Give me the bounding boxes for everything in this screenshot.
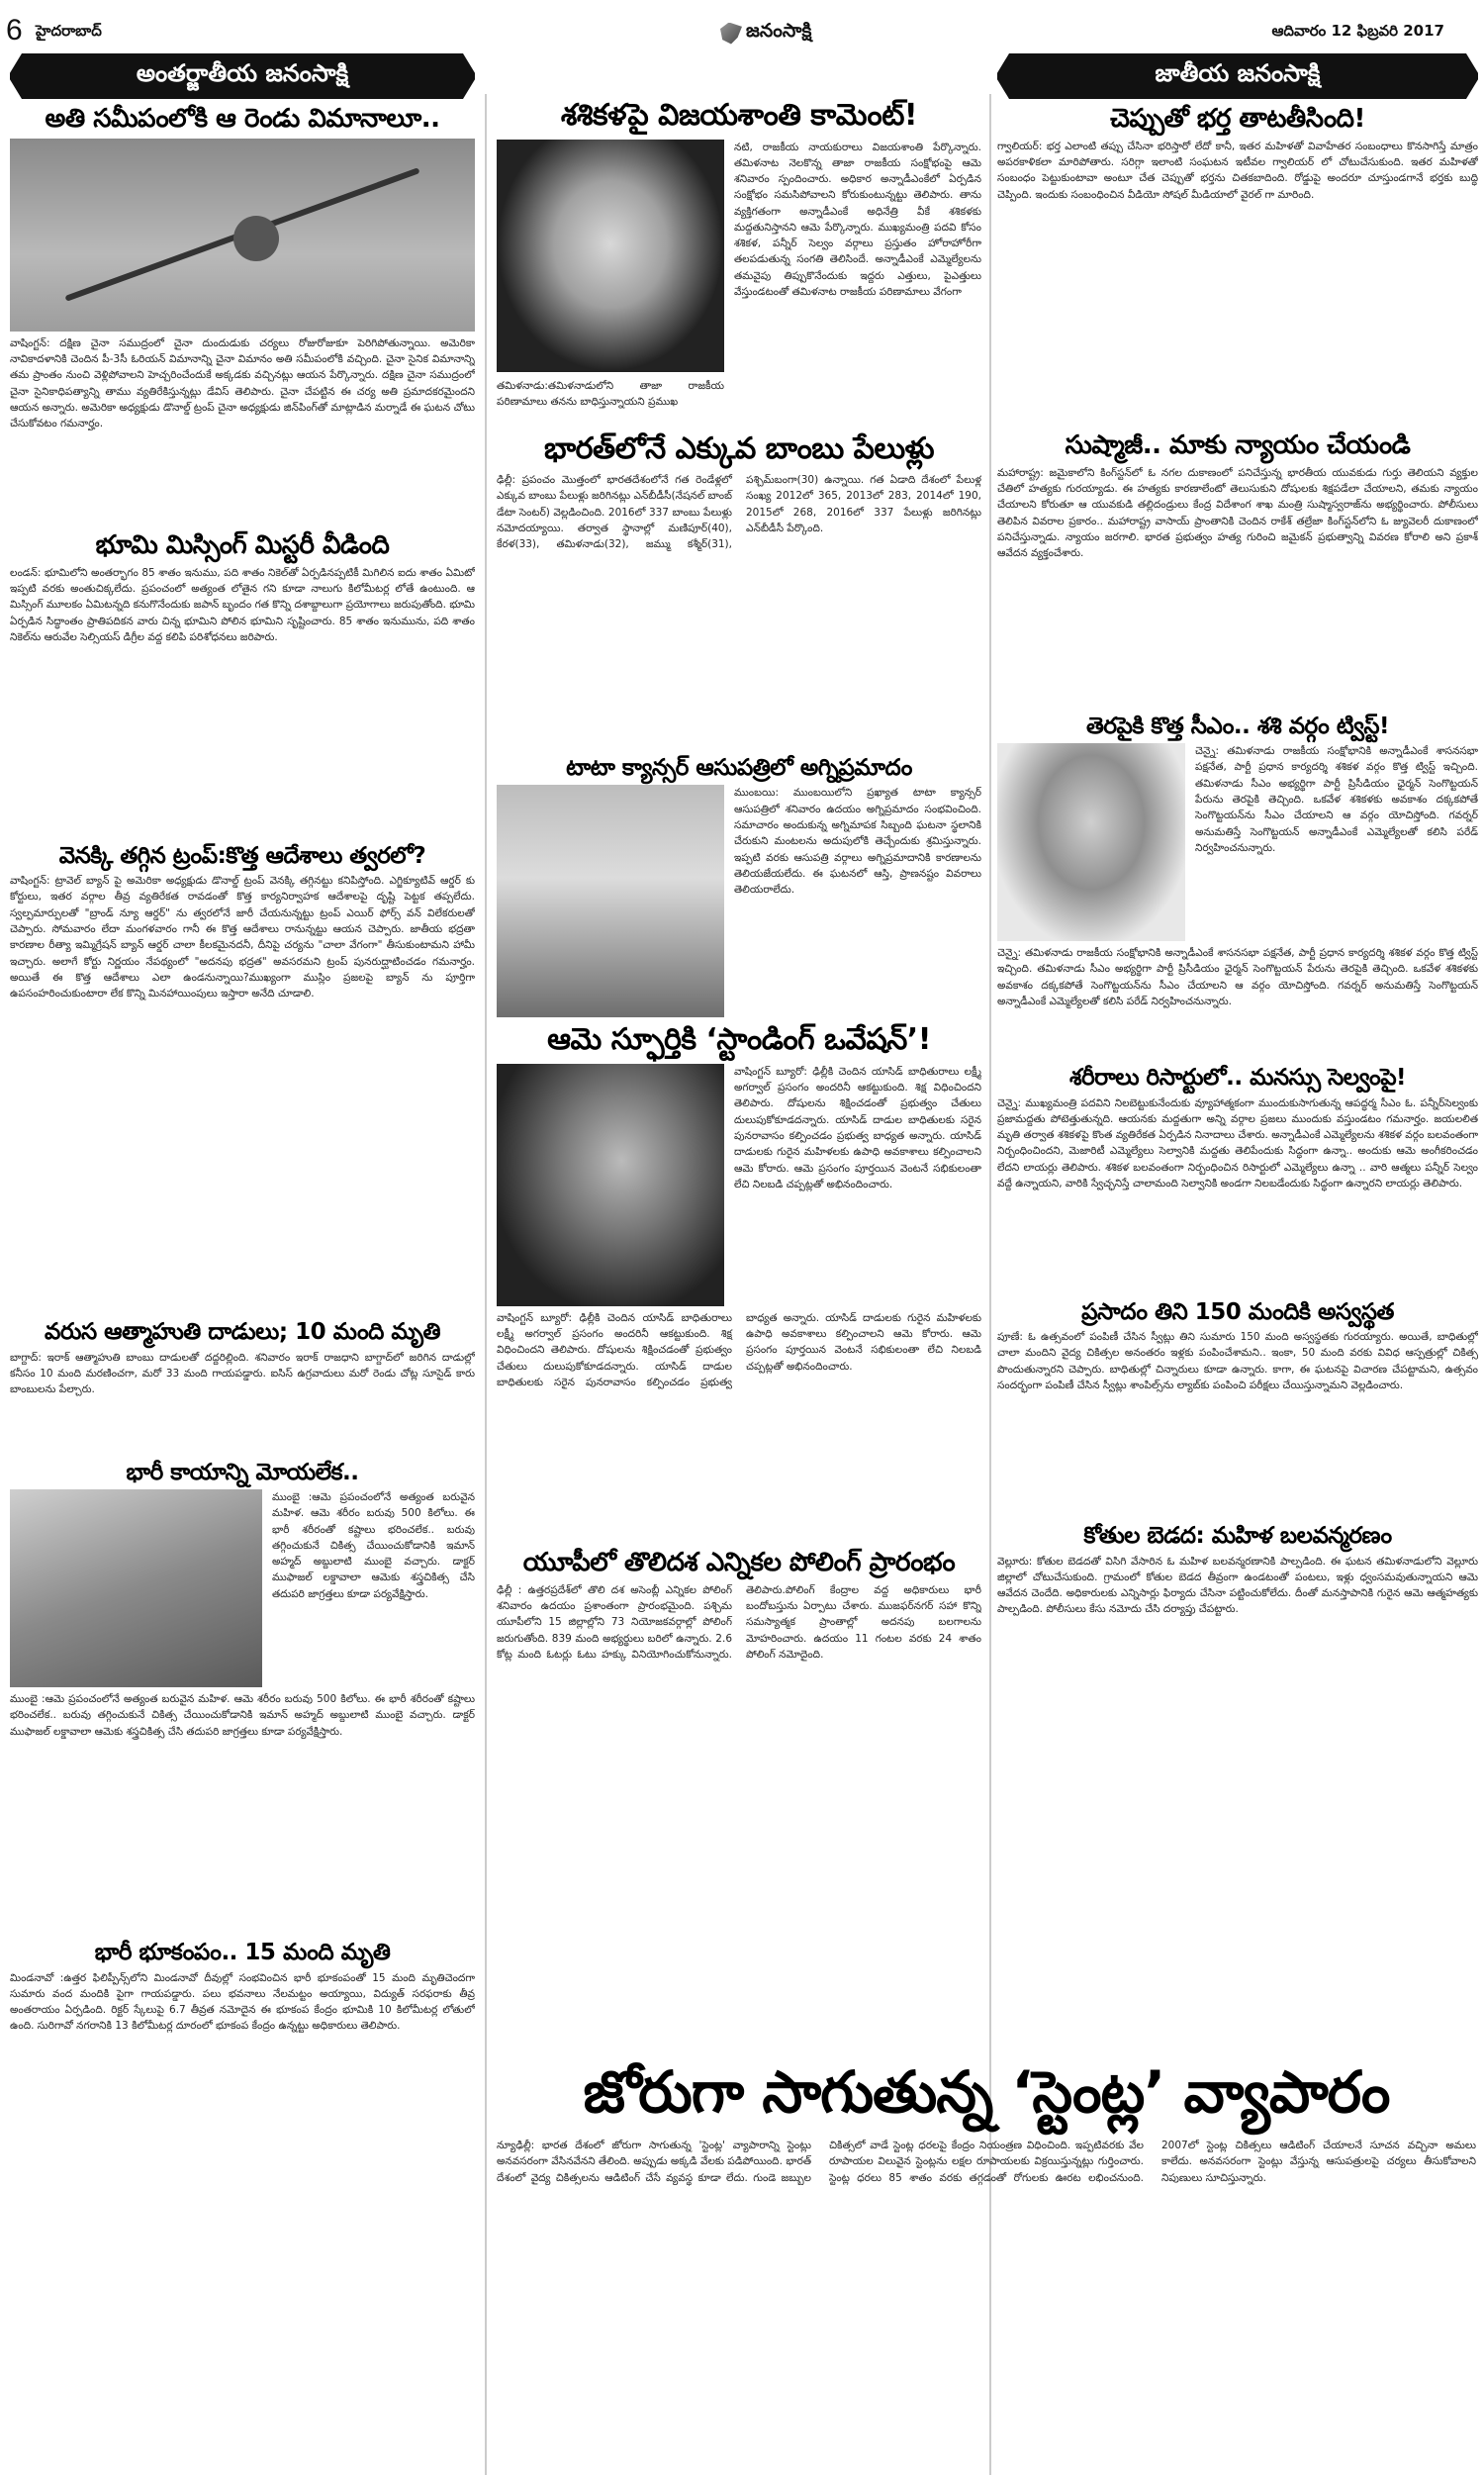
headline: చెప్పుతో భర్త తాటతీసింది! xyxy=(997,105,1478,135)
aircraft-photo xyxy=(10,139,475,332)
article-eman: భారీ కాయాన్ని మోయలేక.. ముంబై :ఆమె ప్రపంచ… xyxy=(10,1460,475,1934)
article-body: పూణే: ఓ ఉత్సవంలో పంపిణీ చేసిన స్వీట్లు త… xyxy=(997,1329,1478,1517)
edition-city: హైదరాబాద్ xyxy=(36,22,102,44)
headline: టాటా క్యాన్సర్ ఆసుపత్రిలో అగ్నిప్రమాదం xyxy=(497,755,981,781)
article-body: వాషింగ్టన్: ట్రావెల్ బ్యాన్ పై అమెరికా అ… xyxy=(10,873,475,1313)
article-body-continued: వాషింగ్టన్ బ్యూరో: ఢిల్లీకి చెందిన యాసిడ… xyxy=(497,1310,981,1543)
article-earthquake: భారీ భూకంపం.. 15 మంది మృతి మిండనావో :ఉత్… xyxy=(10,1940,475,2035)
speaker-photo xyxy=(497,1064,724,1306)
article-body: ఢిల్లీ : ఉత్తరప్రదేశ్‌లో తొలి దశ అసెంబ్ల… xyxy=(497,1582,981,1731)
article-up-polling: యూపీలో తొలిదశ ఎన్నికల పోలింగ్ ప్రారంభం ఢ… xyxy=(497,1549,981,1731)
article-body-continued: చెన్నై: తమిళనాడు రాజకీయ సంక్షోభానికి అన్… xyxy=(997,945,1478,1059)
article-body: ఢిల్లీ: ప్రపంచం మొత్తంలో భారతదేశంలోనే గత… xyxy=(497,472,981,749)
article-earth-mystery: భూమి మిస్సింగ్ మిస్టరీ వీడింది లండన్: భూ… xyxy=(10,531,475,837)
article-body: వాషింగ్టన్ బ్యూరో: ఢిల్లీకి చెందిన యాసిడ… xyxy=(734,1064,981,1306)
article-body: గ్వాలియర్: భర్త ఎలాంటి తప్పు చేసినా భరిస… xyxy=(997,139,1478,426)
article-body: బాగ్దాద్: ఇరాక్ ఆత్మాహుతి బాంబు దాడులతో … xyxy=(10,1350,475,1454)
headline: అతి సమీపంలోకి ఆ రెండు విమానాలూ.. xyxy=(10,105,475,135)
article-body: మహారాష్ట్ర: జమైకాలోని కింగ్‌స్టన్‌లో ఓ న… xyxy=(997,465,1478,708)
article-body: ముంబై :ఆమె ప్రపంచంలోనే అత్యంత బరువైన మహి… xyxy=(272,1489,475,1687)
politician-photo xyxy=(997,743,1185,941)
article-body: చెన్నై: ముఖ్యమంత్రి పదవిని నిలబెట్టుకునే… xyxy=(997,1095,1478,1293)
headline: తెరపైకి కొత్త సీఎం.. శశి వర్గం ట్విస్ట్! xyxy=(997,714,1478,739)
article-body: వెల్లూరు: కోతుల బెడదతో విసిగి వేసారిన ఓ … xyxy=(997,1554,1478,1732)
article-standing-ovation: ఆమె స్ఫూర్తికి ‘స్టాండింగ్ ఒవేషన్’! వాషి… xyxy=(497,1023,981,1543)
headline: వరుస ఆత్మాహుతి దాడులు; 10 మంది మృతి xyxy=(10,1319,475,1345)
section-banner-national: జాతీయ జనంసాక్షి xyxy=(1009,53,1466,99)
section-banner-international: అంతర్జాతీయ జనంసాక్షి xyxy=(22,53,463,99)
photo-caption: తమిళనాడు:తమిళనాడులోని తాజా రాజకీయ పరిణామ… xyxy=(497,378,724,411)
headline: భారీ కాయాన్ని మోయలేక.. xyxy=(10,1460,475,1485)
hospital-building-photo xyxy=(497,785,724,1017)
feature-headline: జోరుగా సాగుతున్న ‘స్టెంట్ల’ వ్యాపారం xyxy=(497,2058,1476,2141)
feature-body: న్యూఢిల్లీ: భారత దేశంలో జోరుగా సాగుతున్న… xyxy=(497,2138,1476,2186)
article-tata-fire: టాటా క్యాన్సర్ ఆసుపత్రిలో అగ్నిప్రమాదం మ… xyxy=(497,755,981,1017)
article-body: నటి, రాజకీయ నాయకురాలు విజయశాంతి పేర్కొన్… xyxy=(734,140,981,427)
telangana-map-icon xyxy=(720,23,742,45)
article-bomb-blasts: భారత్‌లోనే ఎక్కువ బాంబు పేలుళ్లు ఢిల్లీ:… xyxy=(497,432,981,750)
headline: యూపీలో తొలిదశ ఎన్నికల పోలింగ్ ప్రారంభం xyxy=(497,1549,981,1578)
article-body: ముంబయి: ముంబయిలోని ప్రఖ్యాత టాటా క్యాన్స… xyxy=(734,785,981,1017)
portrait-photo xyxy=(497,140,724,372)
page-number: 6 xyxy=(6,14,23,48)
headline: ప్రసాదం తిని 150 మందికి అస్వస్థత xyxy=(997,1299,1478,1325)
article-body-continued: ముంబై :ఆమె ప్రపంచంలోనే అత్యంత బరువైన మహి… xyxy=(10,1691,475,1934)
masthead: 6 హైదరాబాద్ జనంసాక్షి ఆదివారం 12 ఫిబ్రవర… xyxy=(0,0,1484,49)
article-body: వాషింగ్టన్: దక్షిణ చైనా సముద్రంలో చైనా ద… xyxy=(10,335,475,525)
article-iraq-blasts: వరుస ఆత్మాహుతి దాడులు; 10 మంది మృతి బాగ్… xyxy=(10,1319,475,1453)
article-slipper: చెప్పుతో భర్త తాటతీసింది! గ్వాలియర్: భర్… xyxy=(997,105,1478,426)
headline: శశికళపై విజయశాంతి కామెంట్! xyxy=(497,99,981,134)
article-planes: అతి సమీపంలోకి ఆ రెండు విమానాలూ.. వాషింగ్… xyxy=(10,105,475,525)
logo-text: జనంసాక్షి xyxy=(746,20,811,47)
headline: సుష్మాజీ.. మాకు న్యాయం చేయండి xyxy=(997,431,1478,461)
article-sushma: సుష్మాజీ.. మాకు న్యాయం చేయండి మహారాష్ట్ర… xyxy=(997,431,1478,708)
article-vijayashanti: శశికళపై విజయశాంతి కామెంట్! తమిళనాడు:తమిళ… xyxy=(497,99,981,427)
headline: వెనక్కి తగ్గిన ట్రంప్:కొత్త ఆదేశాలు త్వర… xyxy=(10,843,475,869)
article-body: లండన్: భూమిలోని అంతర్భాగం 85 శాతం ఇనుము,… xyxy=(10,565,475,837)
international-column: అంతర్జాతీయ జనంసాక్షి అతి సమీపంలోకి ఆ రెం… xyxy=(10,49,475,2475)
column-divider xyxy=(485,94,487,2475)
article-resort: శరీరాలు రిసార్టులో.. మనస్సు సెల్వంపై! చె… xyxy=(997,1065,1478,1292)
aircraft-fuselage-shape xyxy=(233,216,279,261)
headline: శరీరాలు రిసార్టులో.. మనస్సు సెల్వంపై! xyxy=(997,1065,1478,1091)
headline: భారత్‌లోనే ఎక్కువ బాంబు పేలుళ్లు xyxy=(497,432,981,467)
newspaper-logo: జనంసాక్షి xyxy=(720,20,811,47)
article-monkeys: కోతుల బెడద: మహిళ బలవన్మరణం వెల్లూరు: కోత… xyxy=(997,1523,1478,1731)
headline: ఆమె స్ఫూర్తికి ‘స్టాండింగ్ ఒవేషన్’! xyxy=(497,1023,981,1058)
article-trump: వెనక్కి తగ్గిన ట్రంప్:కొత్త ఆదేశాలు త్వర… xyxy=(10,843,475,1313)
article-body: చెన్నై: తమిళనాడు రాజకీయ సంక్షోభానికి అన్… xyxy=(1195,743,1478,941)
headline: కోతుల బెడద: మహిళ బలవన్మరణం xyxy=(997,1523,1478,1549)
article-prasadam: ప్రసాదం తిని 150 మందికి అస్వస్థత పూణే: ఓ… xyxy=(997,1299,1478,1517)
headline: భారీ భూకంపం.. 15 మంది మృతి xyxy=(10,1940,475,1965)
article-body: మిండనావో :ఉత్తర ఫిలిప్పీన్స్‌లోని మిండనా… xyxy=(10,1970,475,2035)
headline: భూమి మిస్సింగ్ మిస్టరీ వీడింది xyxy=(10,531,475,561)
article-new-cm: తెరపైకి కొత్త సీఎం.. శశి వర్గం ట్విస్ట్!… xyxy=(997,714,1478,1059)
issue-date: ఆదివారం 12 ఫిబ్రవరి 2017 xyxy=(1271,22,1444,44)
patient-photo xyxy=(10,1489,262,1687)
